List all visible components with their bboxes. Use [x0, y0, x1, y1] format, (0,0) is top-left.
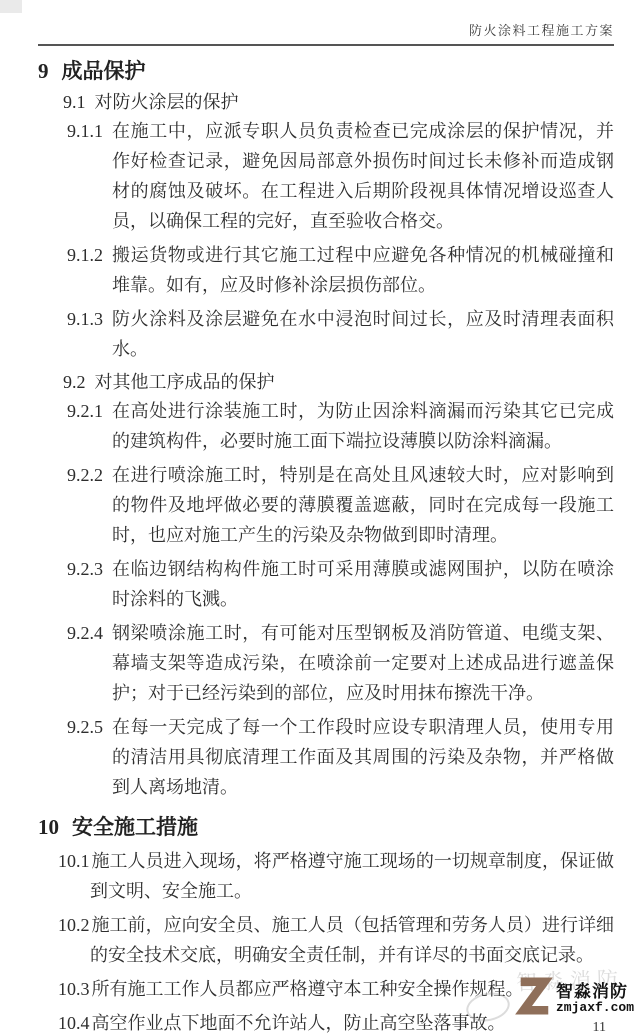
- clause-9-1-2: 9.1.2 搬运货物或进行其它施工过程中应避免各种情况的机械碰撞和堆靠。如有，应…: [67, 240, 614, 300]
- document-page: 防火涂料工程施工方案 9成品保护 9.1对防火涂层的保护 9.1.1 在施工中，…: [0, 0, 640, 1035]
- clause-text: 钢梁喷涂施工时，有可能对压型钢板及消防管道、电缆支架、幕墙支架等造成污染，在喷涂…: [112, 618, 614, 708]
- clause-number: 9.1.3: [67, 304, 112, 364]
- brand-text-block: 智淼消防 zmjaxf.com: [556, 983, 634, 1014]
- subsection-9-1-heading: 9.1对防火涂层的保护: [63, 90, 614, 114]
- clause-9-2-3: 9.2.3 在临边钢结构构件施工时可采用薄膜或滤网围护，以防在喷涂时涂料的飞溅。: [67, 554, 614, 614]
- clause-9-2-1: 9.2.1 在高处进行涂装施工时，为防止因涂料滴漏而污染其它已完成的建筑构件，必…: [67, 396, 614, 456]
- subsection-title: 对其他工序成品的保护: [95, 372, 275, 392]
- clause-9-1-3: 9.1.3 防火涂料及涂层避免在水中浸泡时间过长，应及时清理表面积水。: [67, 304, 614, 364]
- clause-text: 所有施工工作人员都应严格遵守本工种安全操作规程。: [92, 979, 524, 999]
- brand-watermark: 智淼消防 zmjaxf.com: [515, 974, 634, 1023]
- subsection-number: 9.1: [63, 92, 86, 112]
- subsection-9-2-heading: 9.2对其他工序成品的保护: [63, 370, 614, 394]
- section-number: 10: [38, 814, 59, 840]
- clause-number: 10.1: [58, 851, 90, 871]
- clause-number: 9.2.3: [67, 554, 112, 614]
- brand-url: zmjaxf.com: [556, 1001, 634, 1015]
- clause-number: 9.2.2: [67, 460, 112, 550]
- clause-text: 搬运货物或进行其它施工过程中应避免各种情况的机械碰撞和堆靠。如有，应及时修补涂层…: [112, 240, 614, 300]
- clause-number: 10.2: [58, 915, 90, 935]
- clause-number: 10.3: [58, 979, 90, 999]
- clause-text: 在每一天完成了每一个工作段时应设专职清理人员，使用专用的清洁用具彻底清理工作面及…: [112, 712, 614, 802]
- clause-text: 高空作业点下地面不允许站人，防止高空坠落事故。: [92, 1013, 506, 1033]
- section-10-heading: 10安全施工措施: [38, 814, 614, 840]
- clause-10-1: 10.1施工人员进入现场，将严格遵守施工现场的一切规章制度，保证做到文明、安全施…: [58, 846, 614, 906]
- clause-text: 在施工中，应派专职人员负责检查已完成涂层的保护情况，并作好检查记录，避免因局部意…: [112, 116, 614, 236]
- clause-number: 10.4: [58, 1013, 90, 1033]
- clause-number: 9.2.1: [67, 396, 112, 456]
- section-title: 成品保护: [62, 59, 146, 83]
- logo-z-stroke: [521, 982, 549, 1011]
- page-header-title: 防火涂料工程施工方案: [38, 20, 614, 46]
- brand-name: 智淼消防: [556, 983, 634, 1001]
- section-9-heading: 9成品保护: [38, 58, 614, 84]
- clause-9-2-4: 9.2.4 钢梁喷涂施工时，有可能对压型钢板及消防管道、电缆支架、幕墙支架等造成…: [67, 618, 614, 708]
- clause-number: 9.1.2: [67, 240, 112, 300]
- clause-number: 9.2.4: [67, 618, 112, 708]
- clause-text: 在临边钢结构构件施工时可采用薄膜或滤网围护，以防在喷涂时涂料的飞溅。: [112, 554, 614, 614]
- section-number: 9: [38, 58, 49, 84]
- clause-9-1-1: 9.1.1 在施工中，应派专职人员负责检查已完成涂层的保护情况，并作好检查记录，…: [67, 116, 614, 236]
- clause-number: 9.2.5: [67, 712, 112, 802]
- zhimiao-logo-icon: [515, 974, 553, 1023]
- clause-number: 9.1.1: [67, 116, 112, 236]
- clause-9-2-2: 9.2.2 在进行喷涂施工时，特别是在高处且风速较大时，应对影响到的物件及地坪做…: [67, 460, 614, 550]
- clause-text: 施工前，应向安全员、施工人员（包括管理和劳务人员）进行详细的安全技术交底，明确安…: [90, 915, 614, 965]
- page-number: 11: [593, 1020, 606, 1035]
- clause-text: 施工人员进入现场，将严格遵守施工现场的一切规章制度，保证做到文明、安全施工。: [90, 851, 614, 901]
- clause-10-2: 10.2施工前，应向安全员、施工人员（包括管理和劳务人员）进行详细的安全技术交底…: [58, 910, 614, 970]
- subsection-number: 9.2: [63, 372, 86, 392]
- clause-9-2-5: 9.2.5 在每一天完成了每一个工作段时应设专职清理人员，使用专用的清洁用具彻底…: [67, 712, 614, 802]
- clause-text: 在高处进行涂装施工时，为防止因涂料滴漏而污染其它已完成的建筑构件，必要时施工面下…: [112, 396, 614, 456]
- clause-text: 防火涂料及涂层避免在水中浸泡时间过长，应及时清理表面积水。: [112, 304, 614, 364]
- clause-text: 在进行喷涂施工时，特别是在高处且风速较大时，应对影响到的物件及地坪做必要的薄膜覆…: [112, 460, 614, 550]
- subsection-title: 对防火涂层的保护: [95, 92, 239, 112]
- section-title: 安全施工措施: [72, 815, 198, 839]
